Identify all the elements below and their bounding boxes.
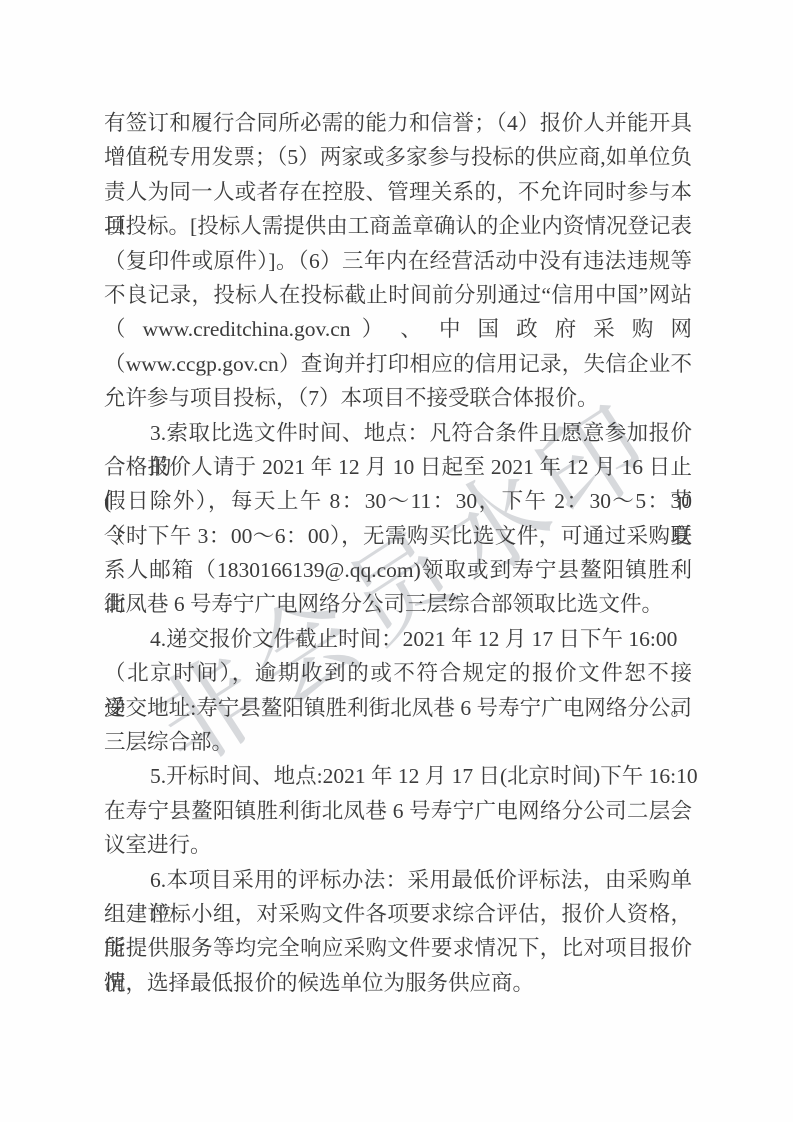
text-line: 令时下午 3：00～6：00），无需购买比选文件，可通过采购联	[104, 519, 692, 553]
document-text-block: 有签订和履行合同所必需的能力和信誉；（4）报价人并能开具 增值税专用发票；（5）…	[104, 106, 692, 1000]
text-line: （北京时间），逾期收到的或不符合规定的报价文件恕不接受。	[104, 656, 692, 690]
text-line: 6.本项目采用的评标办法：采用最低价评标法，由采购单位	[104, 863, 692, 897]
text-line: 目投标。[投标人需提供由工商盖章确认的企业内资情况登记表	[104, 209, 692, 243]
text-line: 况，选择最低报价的候选单位为服务供应商。	[104, 966, 692, 1000]
text-line: 3.索取比选文件时间、地点：凡符合条件且愿意参加报价的	[104, 416, 692, 450]
text-line: 能提供服务等均完全响应采购文件要求情况下，比对项目报价情	[104, 931, 692, 965]
text-line: （复印件或原件）]。（6）三年内在经营活动中没有违法违规等	[104, 244, 692, 278]
text-line: 不良记录，投标人在投标截止时间前分别通过“信用中国”网站	[104, 278, 692, 312]
text-line: 4.递交报价文件截止时间：2021 年 12 月 17 日下午 16:00	[104, 622, 692, 656]
text-line: 递交地址:寿宁县鳌阳镇胜利街北凤巷 6 号寿宁广电网络分公司	[104, 691, 692, 725]
text-line: （www.ccgp.gov.cn）查询并打印相应的信用记录，失信企业不	[104, 347, 692, 381]
text-line: 合格报价人请于 2021 年 12 月 10 日起至 2021 年 12 月 1…	[104, 450, 692, 484]
text-line: 在寿宁县鳌阳镇胜利街北凤巷 6 号寿宁广电网络分公司二层会	[104, 794, 692, 828]
scanned-document-page: 非会员水印 有签订和履行合同所必需的能力和信誉；（4）报价人并能开具 增值税专用…	[0, 0, 793, 1122]
text-line: 议室进行。	[104, 828, 692, 862]
text-line: 增值税专用发票；（5）两家或多家参与投标的供应商,如单位负	[104, 140, 692, 174]
text-line: 假日除外），每天上午 8：30～11：30，下午 2：30～5：30（夏	[104, 484, 692, 518]
text-line: 北凤巷 6 号寿宁广电网络分公司三层综合部领取比选文件。	[104, 587, 692, 621]
text-line: （ www.creditchina.gov.cn ） 、 中 国 政 府 采 购…	[104, 312, 692, 346]
text-line: 允许参与项目投标，（7）本项目不接受联合体报价。	[104, 381, 692, 415]
text-line: 5.开标时间、地点:2021 年 12 月 17 日(北京时间)下午 16:10	[104, 759, 692, 793]
text-line: 有签订和履行合同所必需的能力和信誉；（4）报价人并能开具	[104, 106, 692, 140]
text-line: 责人为同一人或者存在控股、管理关系的，不允许同时参与本项	[104, 175, 692, 209]
text-line: 三层综合部。	[104, 725, 692, 759]
text-line: 系人邮箱（1830166139@.qq.com)领取或到寿宁县鳌阳镇胜利街	[104, 553, 692, 587]
text-line: 组建评标小组，对采购文件各项要求综合评估，报价人资格，所	[104, 897, 692, 931]
